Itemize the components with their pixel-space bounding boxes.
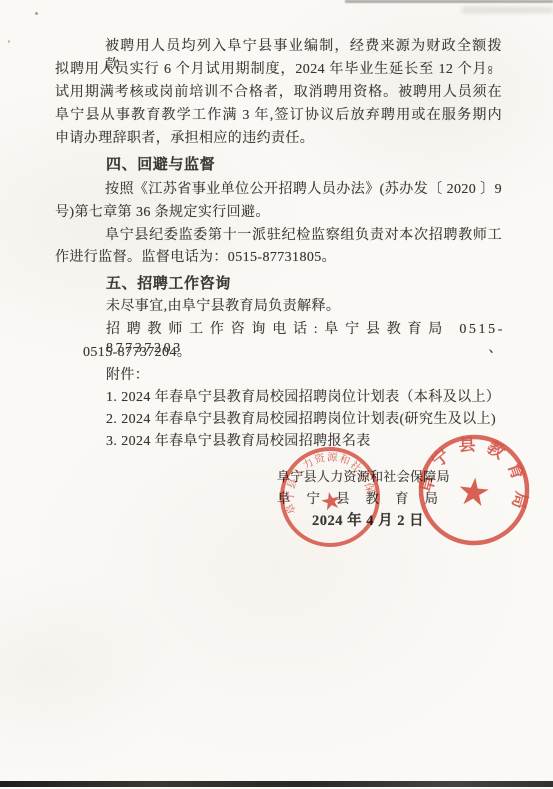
section-heading-consultation: 五、招聘工作咨询: [106, 274, 231, 293]
seal-star-icon: ★: [318, 486, 345, 517]
scan-artifact-speck: [8, 40, 10, 43]
section-heading-supervision: 四、回避与监督: [106, 155, 215, 174]
body-line: 申请办理辞职者，承担相应的违约责任。: [55, 129, 314, 148]
body-line: 作进行监督。监督电话为：0515-87731805。: [55, 248, 336, 267]
body-line: 试用期满考核或岗前培训不合格者，取消聘用资格。被聘用人员须在: [55, 83, 502, 102]
body-line: 号)第七章第 36 条规定实行回避。: [55, 203, 270, 222]
body-line: 未尽事宜,由阜宁县教育局负责解释。: [106, 297, 340, 316]
body-line-phone: 0515-87737204。: [83, 343, 191, 362]
scan-artifact-smudge: [462, 7, 553, 13]
body-line: 按照《江苏省事业单位公开招聘人员办法》(苏办发〔 2020 〕9: [105, 180, 502, 199]
attachment-item: 1. 2024 年春阜宁县教育局校园招聘岗位计划表（本科及以上）: [106, 388, 500, 407]
body-line: 拟聘用人员实行 6 个月试用期制度，2024 年毕业生延长至 12 个月。: [55, 60, 502, 79]
seal-star-icon: ★: [455, 470, 493, 515]
document-page: 被聘用人员均列入阜宁县事业编制，经费来源为财政全额拨款。 拟聘用人员实行 6 个…: [0, 0, 553, 789]
scan-artifact-bottom-edge: [0, 781, 553, 787]
official-seal-education: 阜宁县教育局 ★: [409, 425, 539, 555]
scan-artifact-top-edge: [345, 0, 553, 3]
scan-artifact-speck: [35, 12, 38, 15]
body-line: 阜宁县纪委监委第十一派驻纪检监察组负责对本次招聘教师工: [105, 226, 502, 245]
official-seal-hrss: 阜宁县人力资源和社会保障局 ★: [266, 433, 394, 561]
attachments-label: 附件：: [106, 366, 149, 385]
body-line: 阜宁县从事教育教学工作满 3 年,签订协议后放弃聘用或在服务期内: [55, 106, 502, 125]
